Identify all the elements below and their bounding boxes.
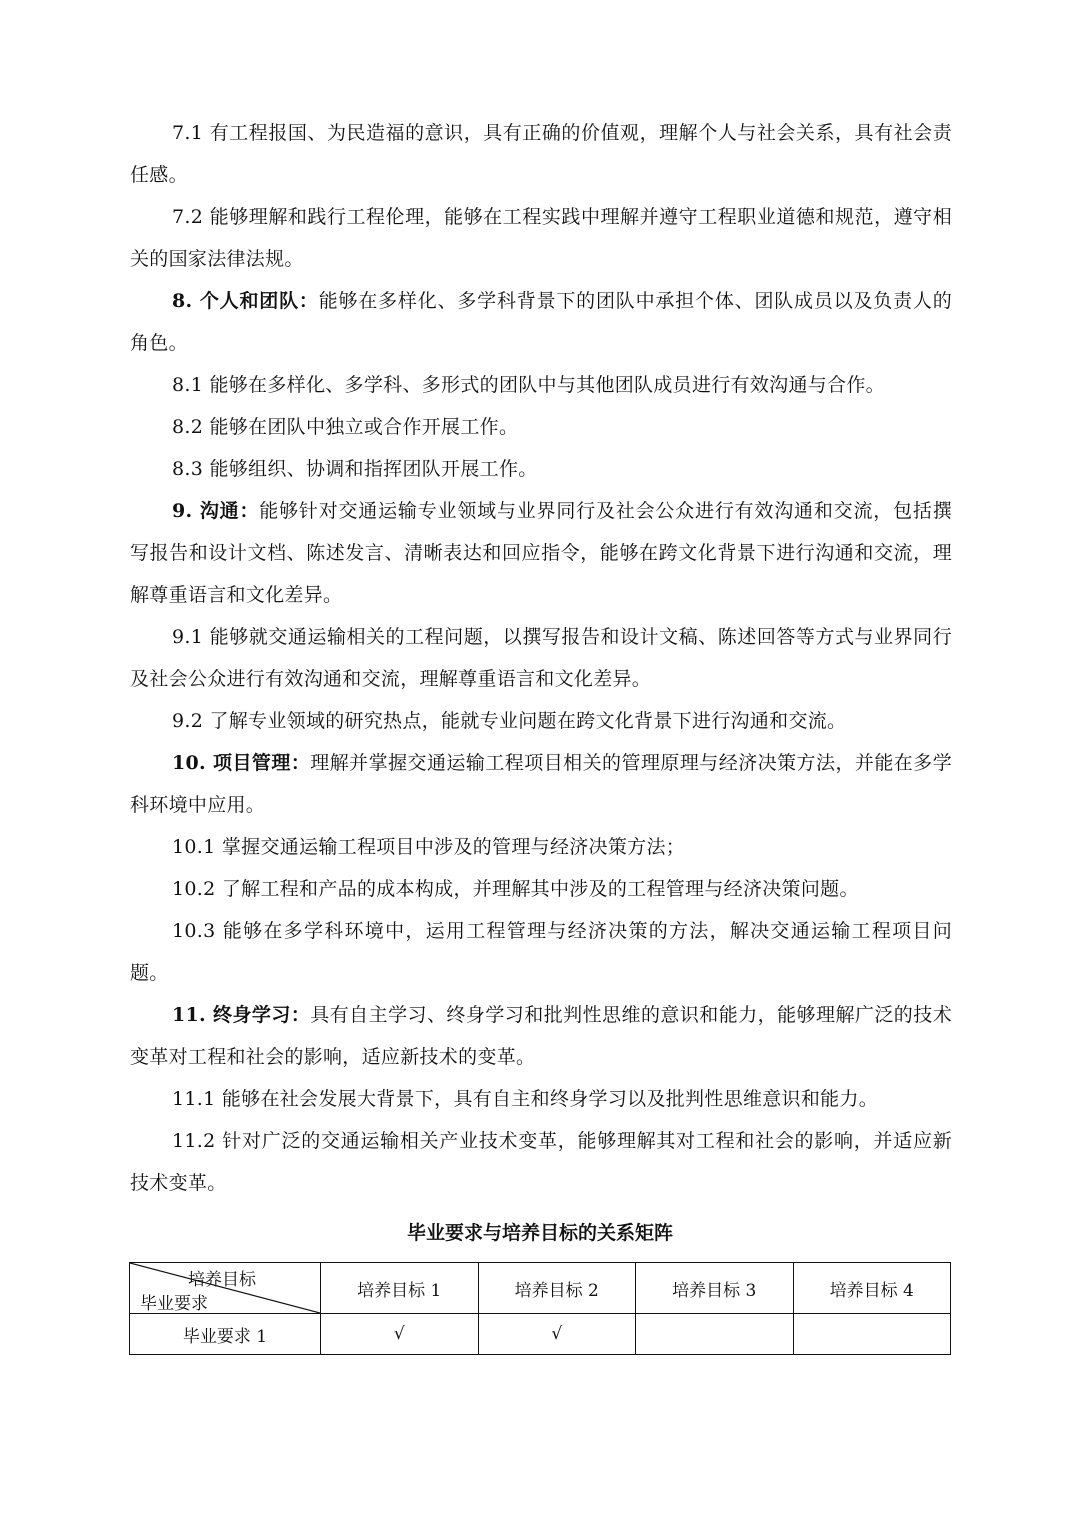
column-header: 培养目标 3 (636, 1263, 794, 1314)
paragraph-11-2: 11.2 针对广泛的交通运输相关产业技术变革，能够理解其对工程和社会的影响，并适… (130, 1120, 952, 1204)
document-body: 7.1 有工程报国、为民造福的意识，具有正确的价值观，理解个人与社会关系，具有社… (130, 112, 952, 1204)
column-header: 培养目标 1 (321, 1263, 479, 1314)
relationship-matrix-table: 培养目标 毕业要求 培养目标 1 培养目标 2 培养目标 3 培养目标 4 毕业… (129, 1262, 951, 1355)
paragraph-10-2: 10.2 了解工程和产品的成本构成，并理解其中涉及的工程管理与经济决策问题。 (130, 868, 952, 910)
section-8-team: 8. 个人和团队：能够在多样化、多学科背景下的团队中承担个体、团队成员以及负责人… (130, 280, 952, 364)
paragraph-10-3: 10.3 能够在多学科环境中，运用工程管理与经济决策的方法，解决交通运输工程项目… (130, 910, 952, 994)
section-heading: 9. 沟通： (172, 500, 259, 522)
diagonal-header-cell: 培养目标 毕业要求 (130, 1263, 321, 1314)
row-label: 毕业要求 1 (130, 1314, 321, 1355)
paragraph-9-1: 9.1 能够就交通运输相关的工程问题，以撰写报告和设计文稿、陈述回答等方式与业界… (130, 616, 952, 700)
table-header-row: 培养目标 毕业要求 培养目标 1 培养目标 2 培养目标 3 培养目标 4 (130, 1263, 951, 1314)
check-mark-cell: √ (478, 1314, 636, 1355)
check-mark-cell: √ (321, 1314, 479, 1355)
paragraph-8-3: 8.3 能够组织、协调和指挥团队开展工作。 (130, 448, 952, 490)
column-header: 培养目标 2 (478, 1263, 636, 1314)
empty-cell (793, 1314, 951, 1355)
section-heading: 11. 终身学习： (172, 1004, 310, 1026)
corner-row-label: 毕业要求 (140, 1289, 208, 1314)
section-heading: 8. 个人和团队： (172, 290, 319, 312)
paragraph-8-1: 8.1 能够在多样化、多学科、多形式的团队中与其他团队成员进行有效沟通与合作。 (130, 364, 952, 406)
paragraph-11-1: 11.1 能够在社会发展大背景下，具有自主和终身学习以及批判性思维意识和能力。 (130, 1078, 952, 1120)
paragraph-7-2: 7.2 能够理解和践行工程伦理，能够在工程实践中理解并遵守工程职业道德和规范，遵… (130, 196, 952, 280)
corner-column-label: 培养目标 (188, 1265, 256, 1290)
column-header: 培养目标 4 (793, 1263, 951, 1314)
section-9-communication: 9. 沟通：能够针对交通运输专业领域与业界同行及社会公众进行有效沟通和交流，包括… (130, 490, 952, 616)
table-title: 毕业要求与培养目标的关系矩阵 (0, 1218, 1080, 1245)
section-heading: 10. 项目管理： (172, 752, 310, 774)
section-11-lifelong-learning: 11. 终身学习：具有自主学习、终身学习和批判性思维的意识和能力，能够理解广泛的… (130, 994, 952, 1078)
empty-cell (636, 1314, 794, 1355)
paragraph-10-1: 10.1 掌握交通运输工程项目中涉及的管理与经济决策方法； (130, 826, 952, 868)
paragraph-9-2: 9.2 了解专业领域的研究热点，能就专业问题在跨文化背景下进行沟通和交流。 (130, 700, 952, 742)
paragraph-8-2: 8.2 能够在团队中独立或合作开展工作。 (130, 406, 952, 448)
section-10-project-management: 10. 项目管理：理解并掌握交通运输工程项目相关的管理原理与经济决策方法，并能在… (130, 742, 952, 826)
paragraph-7-1: 7.1 有工程报国、为民造福的意识，具有正确的价值观，理解个人与社会关系，具有社… (130, 112, 952, 196)
table-row: 毕业要求 1 √ √ (130, 1314, 951, 1355)
